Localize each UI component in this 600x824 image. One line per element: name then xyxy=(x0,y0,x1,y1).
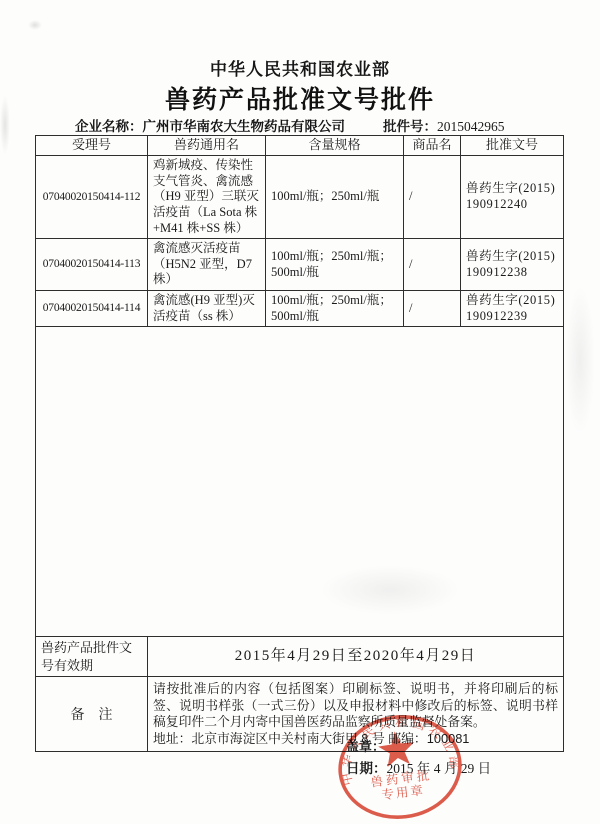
header-trade-name: 商品名 xyxy=(404,136,461,156)
remark-label: 备 注 xyxy=(36,677,148,752)
trade-name-cell: / xyxy=(404,156,461,239)
generic-name-cell: 鸡新城疫、传染性支气管炎、禽流感（H9 亚型）三联灭活疫苗（La Sota 株+… xyxy=(148,156,266,239)
validity-label: 兽药产品批件文号有效期 xyxy=(36,637,148,677)
acceptance-no-cell: 07040020150414-114 xyxy=(36,291,148,327)
approval-number-value: 2015042965 xyxy=(437,119,505,134)
approval-doc-no-cell: 兽药生字(2015) 190912240 xyxy=(461,156,564,239)
generic-name-cell: 禽流感(H9 亚型)灭活疫苗（ss 株） xyxy=(148,291,266,327)
acceptance-no-cell: 07040020150414-112 xyxy=(36,156,148,239)
header-spec: 含量规格 xyxy=(266,136,404,156)
header-approval-doc-no: 批准文号 xyxy=(461,136,564,156)
header-acceptance-no: 受理号 xyxy=(36,136,148,156)
approval-doc-no-cell: 兽药生字(2015) 190912238 xyxy=(461,239,564,291)
company-label: 企业名称： xyxy=(75,119,143,134)
empty-filler-row xyxy=(36,327,564,637)
info-line: 企业名称：广州市华南农大生物药品有限公司 批件号：2015042965 xyxy=(0,115,600,135)
official-red-stamp: 中华人民共和国农业部 兽药审批 专用章 xyxy=(330,710,470,824)
document-title: 兽药产品批准文号批件 xyxy=(0,80,600,116)
company-name: 广州市华南农大生物药品有限公司 xyxy=(143,119,346,134)
empty-cell xyxy=(36,327,564,637)
stamp-star-icon xyxy=(377,729,417,768)
scan-smudge xyxy=(565,285,595,435)
table-row: 07040020150414-114 禽流感(H9 亚型)灭活疫苗（ss 株） … xyxy=(36,291,564,327)
acceptance-no-cell: 07040020150414-113 xyxy=(36,239,148,291)
ministry-title: 中华人民共和国农业部 xyxy=(0,55,600,80)
table-row: 07040020150414-112 鸡新城疫、传染性支气管炎、禽流感（H9 亚… xyxy=(36,156,564,239)
company-name-line: 企业名称：广州市华南农大生物药品有限公司 xyxy=(75,115,345,135)
trade-name-cell: / xyxy=(404,239,461,291)
approval-doc-no-cell: 兽药生字(2015) 190912239 xyxy=(461,291,564,327)
table-header-row: 受理号 兽药通用名 含量规格 商品名 批准文号 xyxy=(36,136,564,156)
spec-cell: 100ml/瓶；250ml/瓶；500ml/瓶 xyxy=(266,291,404,327)
validity-value: 2015年4月29日至2020年4月29日 xyxy=(148,637,564,677)
spec-cell: 100ml/瓶；250ml/瓶；500ml/瓶 xyxy=(266,239,404,291)
scanned-approval-document: { "page": { "ministry": "中华人民共和国农业部", "d… xyxy=(0,0,600,824)
trade-name-cell: / xyxy=(404,291,461,327)
approval-number-label: 批件号： xyxy=(383,119,437,134)
remark-row: 备 注 请按批准后的内容（包括图案）印刷标签、说明书，并将印刷后的标签、说明书样… xyxy=(36,677,564,752)
product-approval-table: 受理号 兽药通用名 含量规格 商品名 批准文号 07040020150414-1… xyxy=(35,135,564,752)
table-row: 07040020150414-113 禽流感灭活疫苗（H5N2 亚型，D7 株）… xyxy=(36,239,564,291)
generic-name-cell: 禽流感灭活疫苗（H5N2 亚型，D7 株） xyxy=(148,239,266,291)
scan-smudge xyxy=(28,20,42,30)
validity-row: 兽药产品批件文号有效期 2015年4月29日至2020年4月29日 xyxy=(36,637,564,677)
approval-number-line: 批件号：2015042965 xyxy=(383,115,505,135)
spec-cell: 100ml/瓶；250ml/瓶 xyxy=(266,156,404,239)
header-generic-name: 兽药通用名 xyxy=(148,136,266,156)
